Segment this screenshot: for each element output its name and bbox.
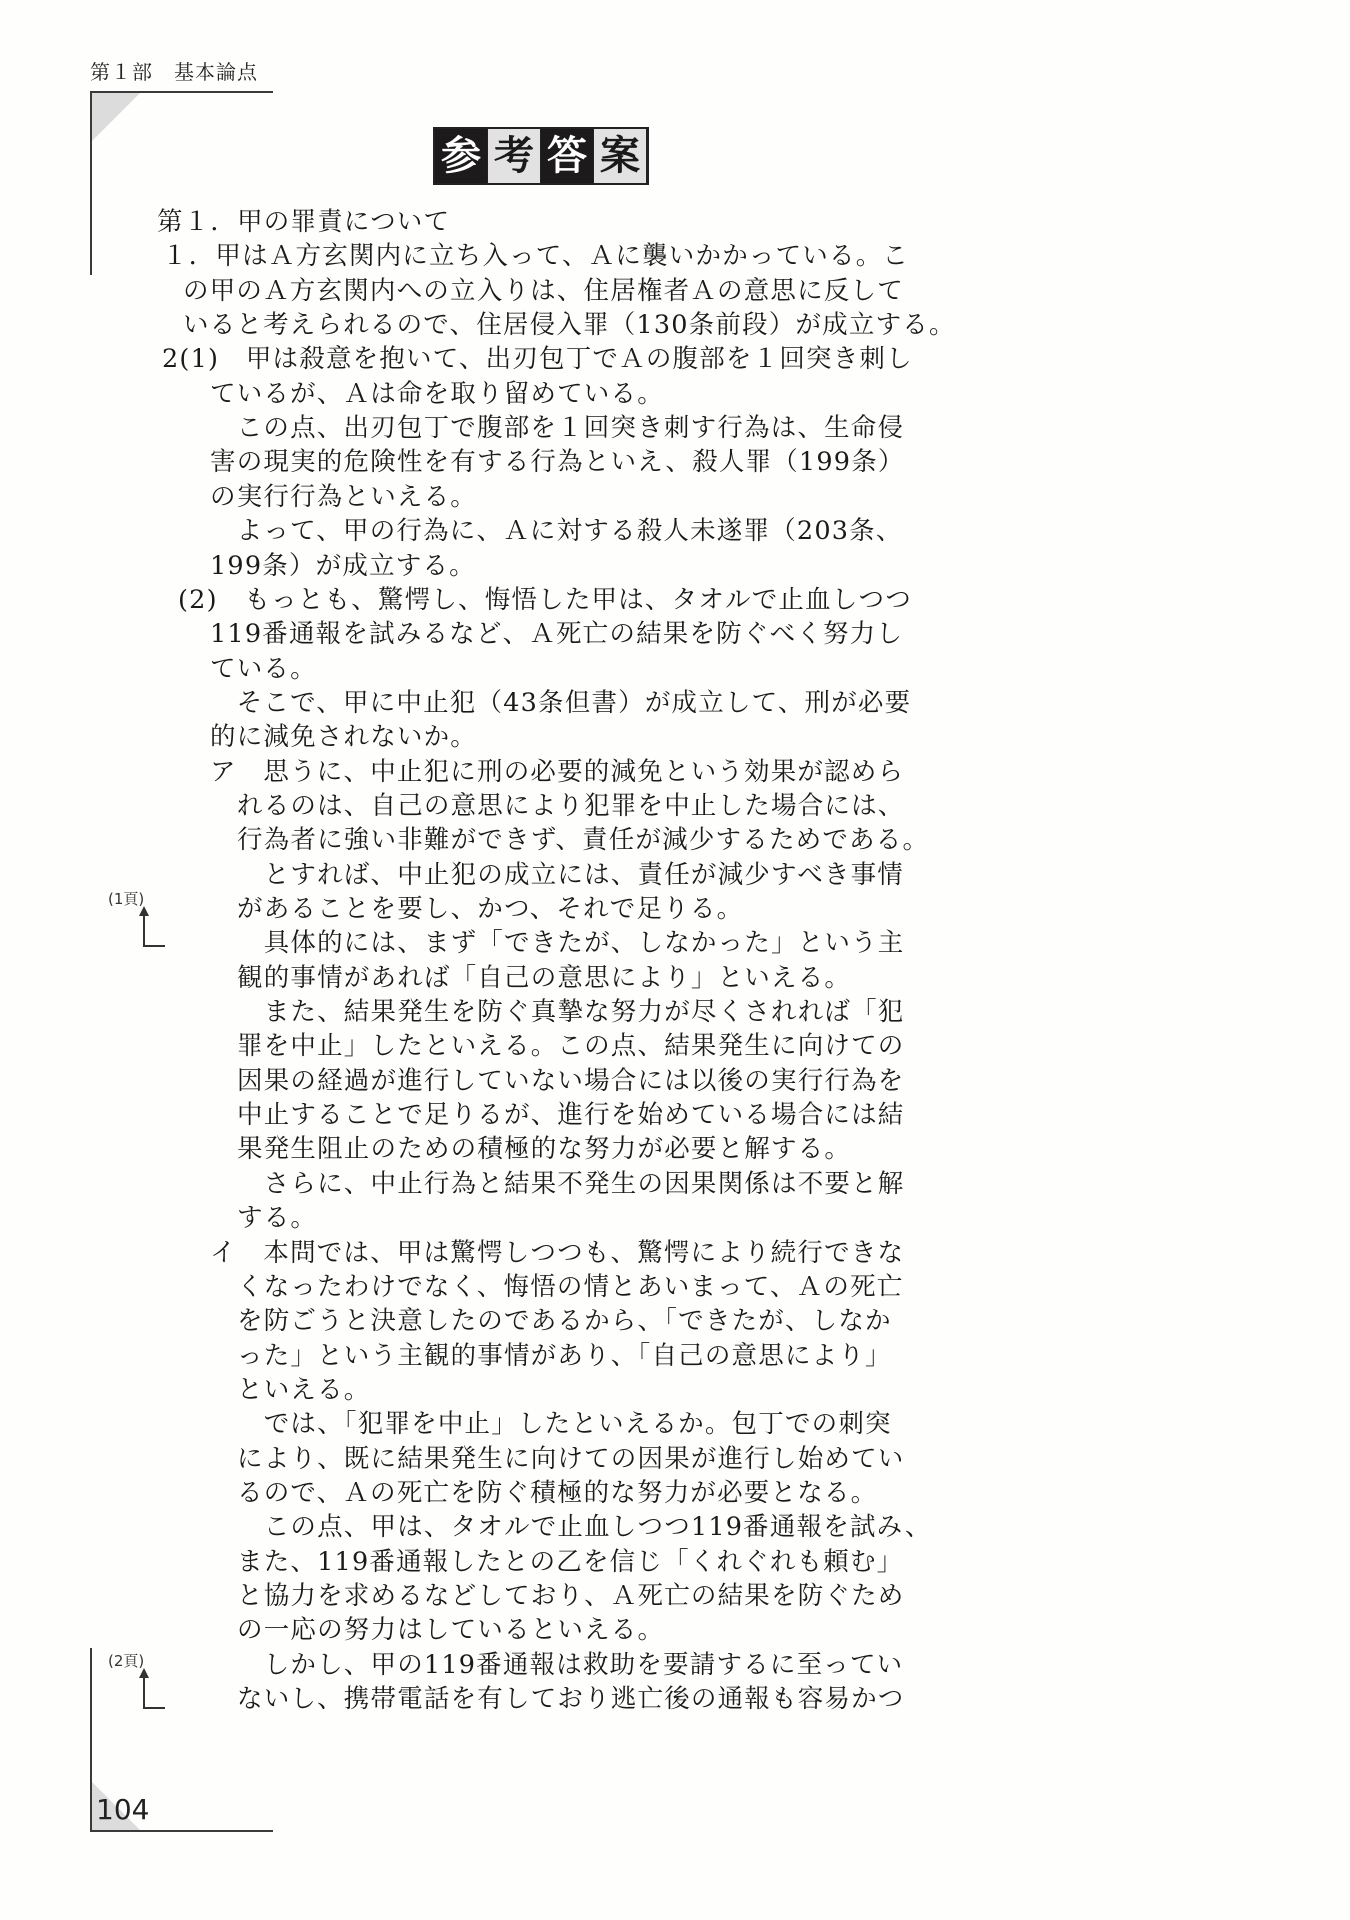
text-line: また、119番通報したとの乙を信じ「くれぐれも頼む」 (237, 1545, 903, 1579)
text-line: 因果の経過が進行していない場合には以後の実行行為を (237, 1064, 905, 1098)
page-marker-1: (1頁) (108, 888, 168, 909)
text-line: を防ごうと決意したのであるから、「できたが、しなか (237, 1304, 892, 1338)
text-line: るので、Ａの死亡を防ぐ積極的な努力が必要となる。 (237, 1476, 877, 1510)
text-line: といえる。 (237, 1373, 371, 1407)
text-line: (2) もっとも、驚愕し、悔悟した甲は、タオルで止血しつつ (178, 583, 912, 617)
title-char-4: 案 (594, 129, 646, 183)
text-line: 2(1) 甲は殺意を抱いて、出刃包丁でＡの腹部を１回突き刺し (162, 342, 913, 376)
page-marker-label: (1頁) (108, 888, 168, 909)
text-line: この点、甲は、タオルで止血しつつ119番通報を試み、 (237, 1510, 932, 1544)
text-line: また、結果発生を防ぐ真摯な努力が尽くされれば「犯 (237, 995, 905, 1029)
text-line: いると考えられるので、住居侵入罪（130条前段）が成立する。 (183, 308, 956, 342)
text-line: ている。 (210, 652, 317, 686)
text-line: ア 思うに、中止犯に刑の必要的減免という効果が認めら (210, 755, 904, 789)
section-title-box: 参 考 答 案 (433, 127, 649, 185)
text-line: しかし、甲の119番通報は救助を要請するに至ってい (237, 1648, 903, 1682)
text-line: の甲のＡ方玄関内への立入りは、住居権者Ａの意思に反して (183, 274, 904, 308)
text-line: する。 (237, 1201, 317, 1235)
text-line: さらに、中止行為と結果不発生の因果関係は不要と解 (237, 1167, 905, 1201)
page-number: 104 (96, 1793, 149, 1826)
text-line: そこで、甲に中止犯（43条但書）が成立して、刑が必要 (210, 686, 911, 720)
up-arrow-shaft (143, 910, 145, 946)
text-line: った」という主観的事情があり、「自己の意思により」 (237, 1339, 892, 1373)
arrow-foot-line (143, 945, 165, 947)
text-line: 罪を中止」したといえる。この点、結果発生に向けての (237, 1029, 905, 1063)
title-char-2: 考 (488, 129, 540, 183)
page-marker-2: (2頁) (108, 1650, 168, 1671)
text-line: の実行行為といえる。 (210, 480, 477, 514)
text-line: と協力を求めるなどしており、Ａ死亡の結果を防ぐため (237, 1579, 905, 1613)
top-corner-triangle-decoration (92, 93, 140, 141)
text-line: 観的事情があれば「自己の意思により」といえる。 (237, 961, 851, 995)
bottom-rule-divider (90, 1830, 273, 1832)
text-line: 果発生阻止のための積極的な努力が必要と解する。 (237, 1132, 851, 1166)
title-char-1: 参 (435, 129, 487, 183)
text-line: イ 本問では、甲は驚愕しつつも、驚愕により続行できな (210, 1236, 904, 1270)
text-line: よって、甲の行為に、Ａに対する殺人未遂罪（203条、 (210, 514, 903, 548)
text-line: 的に減免されないか。 (210, 720, 477, 754)
text-line: 害の現実的危険性を有する行為といえ、殺人罪（199条） (210, 445, 905, 479)
text-line: １．甲はＡ方玄関内に立ち入って、Ａに襲いかかっている。こ (162, 239, 909, 273)
text-line: ているが、Ａは命を取り留めている。 (210, 377, 664, 411)
text-line: 行為者に強い非難ができず、責任が減少するためである。 (237, 823, 929, 857)
section-heading: 第１．甲の罪責について (157, 205, 450, 239)
text-line: 199条）が成立する。 (210, 549, 476, 583)
text-line: 119番通報を試みるなど、Ａ死亡の結果を防ぐべく努力し (210, 617, 903, 651)
text-line: により、既に結果発生に向けての因果が進行し始めてい (237, 1442, 905, 1476)
text-line: の一応の努力はしているといえる。 (237, 1613, 664, 1647)
up-arrow-shaft (143, 1672, 145, 1708)
text-line: ないし、携帯電話を有しており逃亡後の通報も容易かつ (237, 1682, 905, 1716)
text-line: では、「犯罪を中止」したといえるか。包丁での刺突 (237, 1407, 892, 1441)
arrow-foot-line (143, 1707, 165, 1709)
title-char-3: 答 (541, 129, 593, 183)
text-line: があることを要し、かつ、それで足りる。 (237, 892, 743, 926)
text-line: 中止することで足りるが、進行を始めている場合には結 (237, 1098, 905, 1132)
text-line: くなったわけでなく、悔悟の情とあいまって、Ａの死亡 (237, 1270, 903, 1304)
running-head: 第１部 基本論点 (90, 56, 258, 85)
text-line: とすれば、中止犯の成立には、責任が減少すべき事情 (237, 858, 904, 892)
page-marker-label: (2頁) (108, 1650, 168, 1671)
text-line: この点、出刃包丁で腹部を１回突き刺す行為は、生命侵 (210, 411, 904, 445)
text-line: 具体的には、まず「できたが、しなかった」という主 (237, 926, 905, 960)
text-line: れるのは、自己の意思により犯罪を中止した場合には、 (237, 789, 905, 823)
